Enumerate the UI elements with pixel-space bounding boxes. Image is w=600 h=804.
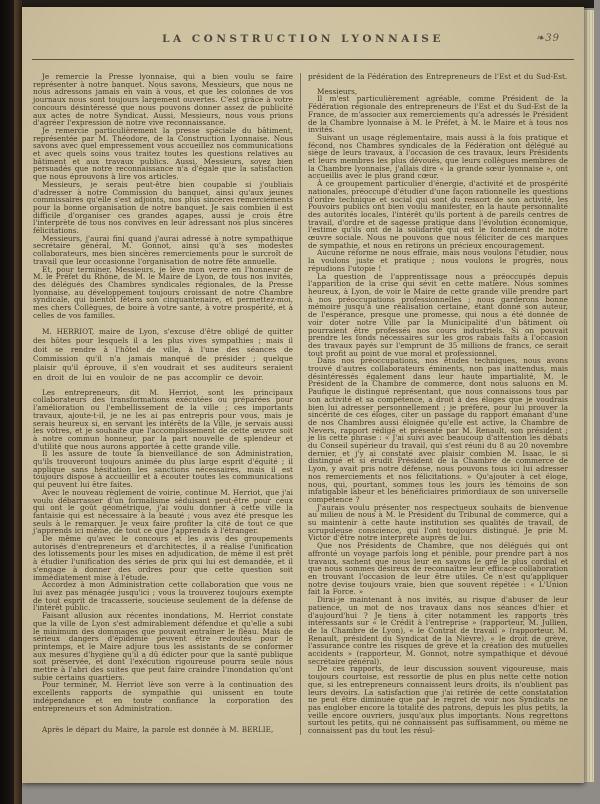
paragraph: Il m'est particulièrement agréable, comm…	[308, 95, 568, 134]
journal-title: LA CONSTRUCTION LYONNAISE	[32, 33, 574, 45]
column-left: Je remercie la Presse lyonnaise, qui a b…	[33, 73, 300, 735]
paragraph: Faisant allusion aux récentes inondation…	[33, 612, 293, 681]
book-binding	[0, 0, 14, 804]
paragraph: Les entrepreneurs, dit M. Herriot, sont …	[33, 389, 293, 451]
page-header: LA CONSTRUCTION LYONNAISE ❧39	[32, 33, 574, 53]
paragraph: Que nos Présidents de Chambre, que nos d…	[308, 542, 568, 596]
paragraph: président de la Fédération des Entrepren…	[308, 73, 568, 81]
scanned-page: LA CONSTRUCTION LYONNAISE ❧39 Je remerci…	[22, 7, 584, 783]
paragraph: Et, pour terminer, Messieurs, je lève mo…	[33, 266, 293, 320]
page-stack-edge	[584, 10, 594, 782]
paragraph: Je remercie particulièrement la presse s…	[33, 127, 293, 181]
paragraph: Il les assure de toute la bienveillance …	[33, 450, 293, 489]
paragraph: Aucune réforme ne nous effraie, mais nou…	[308, 249, 568, 272]
paragraph: Messieurs, j'aurai fini quand j'aurai ad…	[33, 235, 293, 266]
paragraph: Accordez à mon Administration cette coll…	[33, 581, 293, 612]
paragraph: Messieurs, je serais peut-être bien coup…	[33, 181, 293, 235]
paragraph: Dirai-je maintenant à nos invités, au ri…	[308, 596, 568, 665]
book-spine-edge	[14, 0, 22, 804]
paragraph: Je remercie la Presse lyonnaise, qui a b…	[33, 73, 293, 127]
paragraph: De ces rapports, de leur discussion souv…	[308, 665, 568, 734]
paragraph: De même qu'avec le concours et les avis …	[33, 535, 293, 581]
paragraph: Suivant un usage réglementaire, mais aus…	[308, 134, 568, 180]
paragraph: Pour terminer, M. Herriot lève son verre…	[33, 681, 293, 712]
paragraph: Avec le nouveau règlement de voirie, con…	[33, 489, 293, 535]
paragraph: Après le départ du Maire, la parole est …	[33, 726, 293, 734]
paragraph: La question de l'apprentissage nous a pr…	[308, 273, 568, 358]
paragraph: Dans nos préoccupations, nos études tech…	[308, 357, 568, 503]
column-right: président de la Fédération des Entrepren…	[300, 73, 568, 735]
paragraph: À ce groupement particulier d'énergie, d…	[308, 180, 568, 249]
paragraph: J'aurais voulu présenter nos respectueux…	[308, 504, 568, 543]
paragraph: M. HERRIOT, maire de Lyon, s'excuse d'êt…	[33, 327, 293, 382]
page-number: ❧39	[536, 33, 560, 44]
page-number-value: 39	[545, 33, 560, 44]
header-rule	[32, 59, 574, 60]
fleuron-ornament-icon: ❧	[536, 33, 545, 44]
text-columns: Je remercie la Presse lyonnaise, qui a b…	[33, 73, 568, 735]
